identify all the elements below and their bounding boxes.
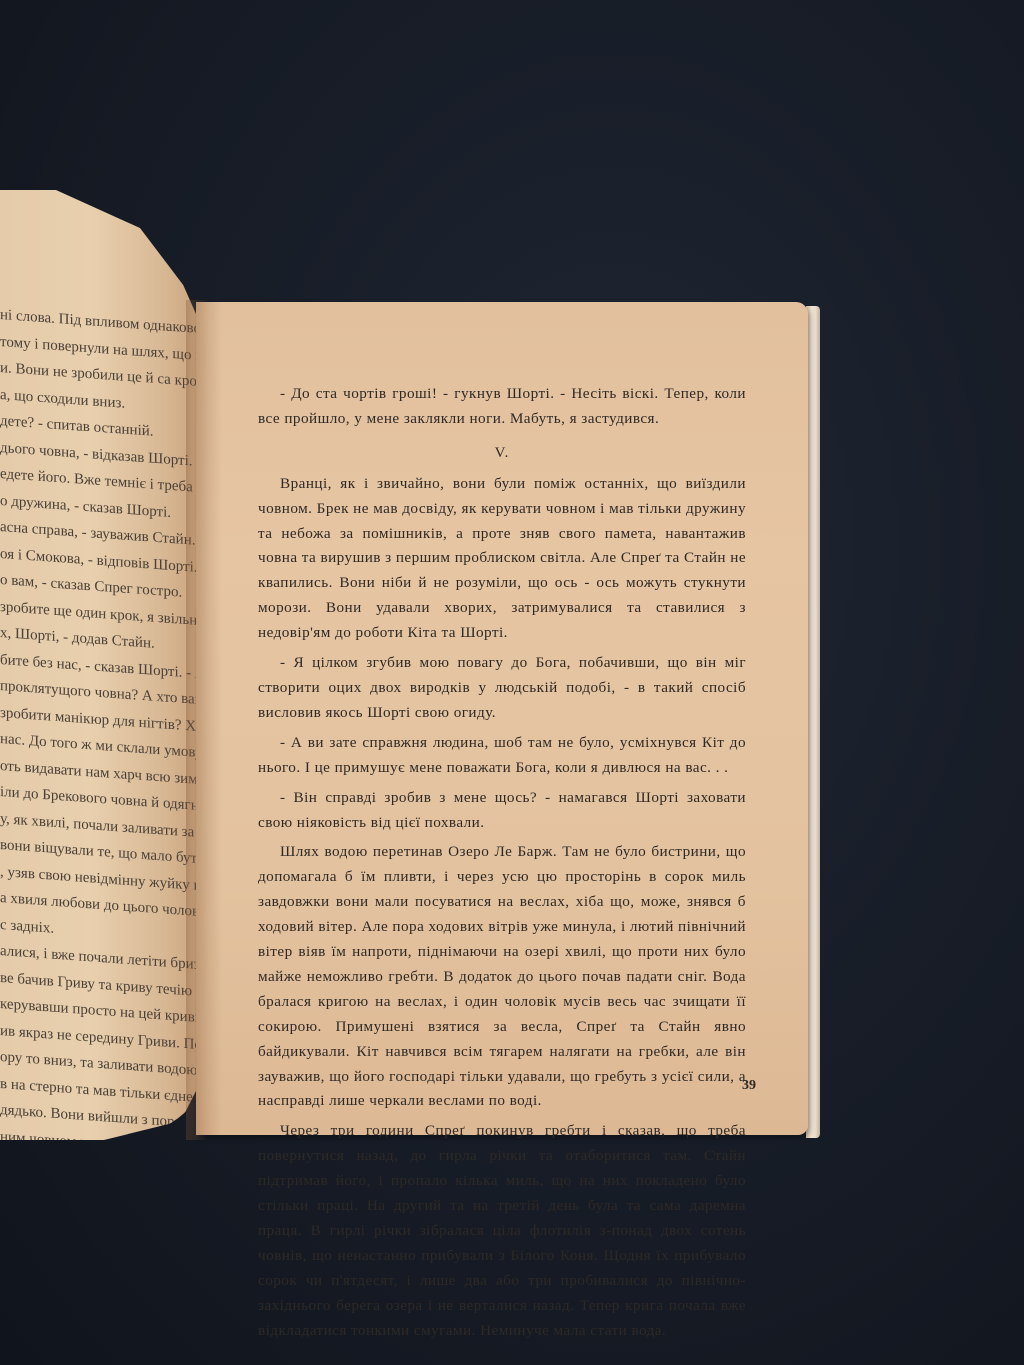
right-book-page: - До ста чортів гроші! - гукнув Шорті. -…	[196, 302, 808, 1135]
left-book-page: ні слова. Під впливом однакового почуття…	[0, 190, 200, 1140]
page-number: 39	[742, 1078, 756, 1094]
paragraph: - Він справді зробив з мене щось? - нама…	[258, 786, 746, 836]
left-page-text: ні слова. Під впливом однакового почуття…	[0, 302, 200, 1140]
paragraph: - А ви зате справжня людина, шоб там не …	[258, 731, 746, 781]
paragraph: Через три години Спреґ покинув гребти і …	[258, 1119, 746, 1343]
paragraph: - Я цілком згубив мою повагу до Бога, по…	[258, 651, 746, 726]
opening-paragraph: - До ста чортів гроші! - гукнув Шорті. -…	[258, 382, 746, 432]
paragraph: Вранці, як і звичайно, вони були поміж о…	[258, 472, 746, 646]
right-page-text: - До ста чортів гроші! - гукнув Шорті. -…	[258, 382, 746, 1349]
paragraph: Шлях водою перетинав Озеро Ле Барж. Там …	[258, 840, 746, 1114]
chapter-heading: V.	[258, 441, 746, 466]
book-gutter-shadow	[186, 300, 208, 1140]
page-stack-edge	[806, 306, 820, 1138]
